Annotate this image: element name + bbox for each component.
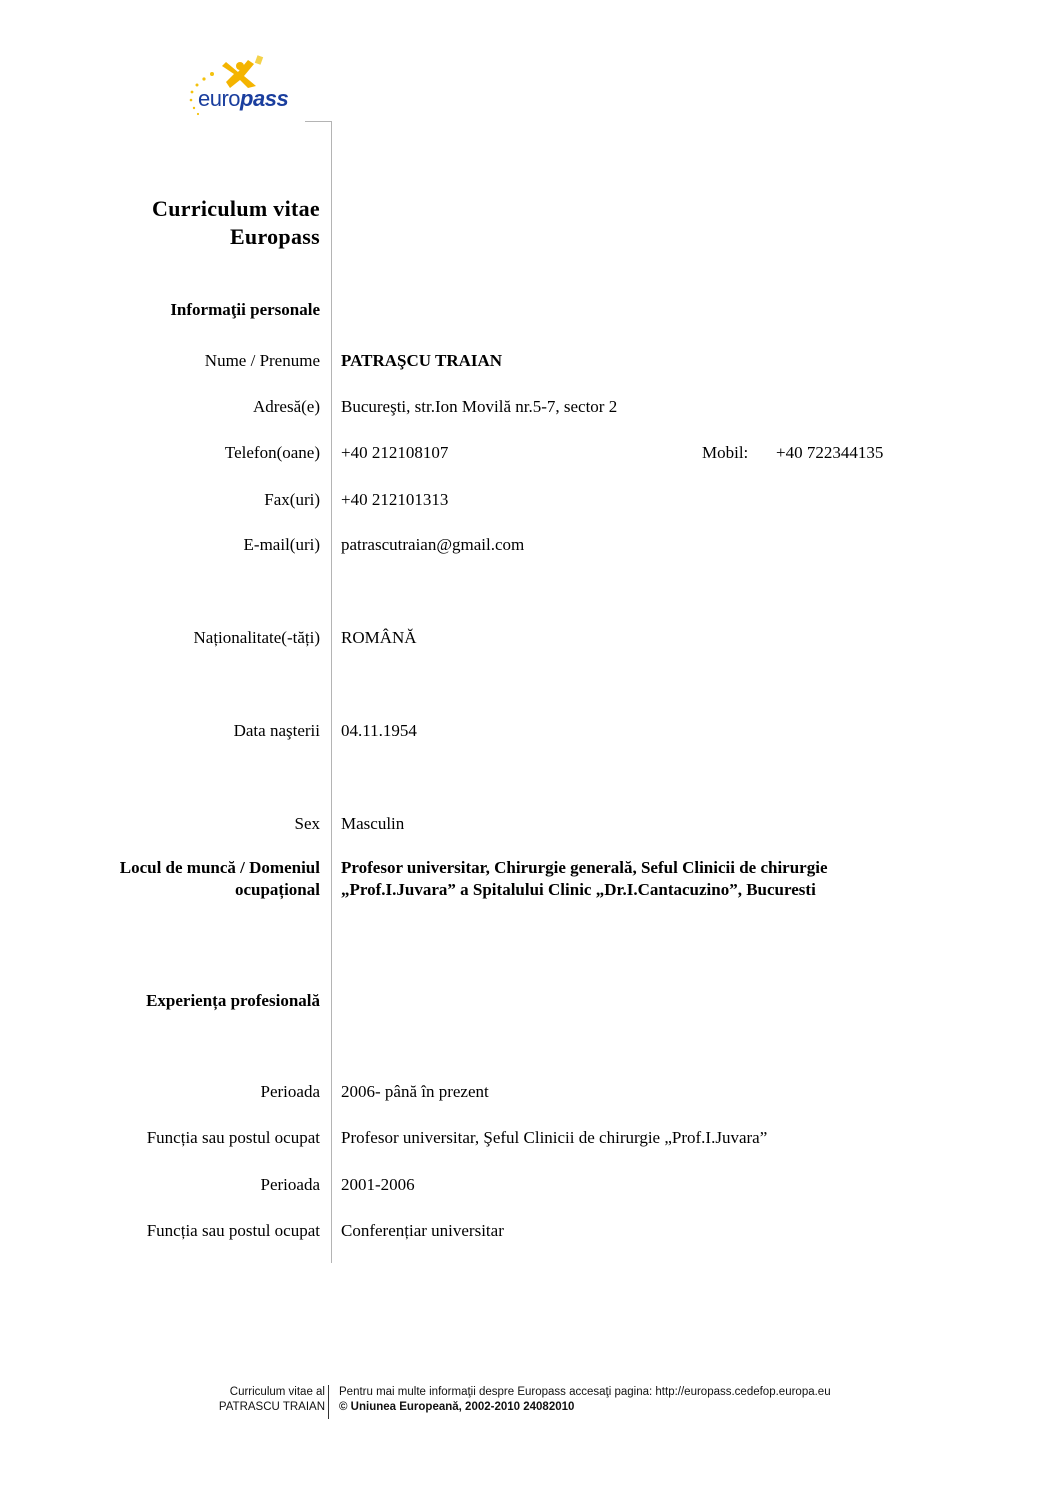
footer-cv-of: Curriculum vitae al	[219, 1385, 325, 1400]
sex-value: Masculin	[341, 813, 404, 835]
page-title: Curriculum vitae Europass	[152, 195, 320, 251]
mobile-label: Mobil:	[702, 442, 748, 464]
title-line-1: Curriculum vitae	[152, 195, 320, 223]
column-divider	[331, 121, 332, 1263]
experience-period-label: Perioada	[261, 1081, 320, 1103]
occupation-label: Locul de muncă / Domeniul ocupațional	[120, 857, 320, 901]
footer-copyright: © Uniunea Europeană, 2002-2010 24082010	[339, 1400, 831, 1415]
nationality-value: ROMÂNĂ	[341, 627, 417, 649]
europass-logo: europass	[182, 52, 307, 122]
occupation-label-line-1: Locul de muncă / Domeniul	[120, 857, 320, 879]
footer-info-link[interactable]: Pentru mai multe informaţii despre Europ…	[339, 1385, 831, 1400]
logo-wordmark: europass	[198, 86, 288, 112]
birthdate-value: 04.11.1954	[341, 720, 417, 742]
footer-divider	[328, 1385, 329, 1419]
email-label: E-mail(uri)	[244, 534, 320, 556]
address-value: Bucureşti, str.Ion Movilă nr.5-7, sector…	[341, 396, 617, 418]
mobile-value: +40 722344135	[776, 442, 883, 464]
experience-period-value: 2006- până în prezent	[341, 1081, 489, 1103]
experience-role-value: Conferențiar universitar	[341, 1220, 504, 1242]
phone-value: +40 212108107	[341, 442, 448, 464]
phone-label: Telefon(oane)	[225, 442, 320, 464]
section-experience: Experiența profesională	[146, 991, 320, 1011]
experience-period-value: 2001-2006	[341, 1174, 415, 1196]
footer-owner-name: PATRASCU TRAIAN	[219, 1400, 325, 1415]
email-value[interactable]: patrascutraian@gmail.com	[341, 534, 524, 556]
occupation-label-line-2: ocupațional	[120, 879, 320, 901]
experience-period-label: Perioada	[261, 1174, 320, 1196]
footer-right: Pentru mai multe informaţii despre Europ…	[339, 1385, 831, 1415]
fax-label: Fax(uri)	[264, 489, 320, 511]
logo-euro-text: euro	[198, 86, 240, 111]
experience-role-value: Profesor universitar, Şeful Clinicii de …	[341, 1127, 767, 1149]
sex-label: Sex	[295, 813, 321, 835]
nationality-label: Naționalitate(-tăți)	[194, 627, 321, 649]
divider-tick	[305, 121, 332, 122]
section-personal-info: Informaţii personale	[170, 300, 320, 320]
title-line-2: Europass	[152, 223, 320, 251]
experience-role-label: Funcția sau postul ocupat	[147, 1220, 320, 1242]
occupation-value-line-2: „Prof.I.Juvara” a Spitalului Clinic „Dr.…	[341, 879, 828, 901]
logo-pass-text: pass	[240, 86, 288, 111]
occupation-value-line-1: Profesor universitar, Chirurgie generală…	[341, 857, 828, 879]
experience-role-label: Funcția sau postul ocupat	[147, 1127, 320, 1149]
fax-value: +40 212101313	[341, 489, 448, 511]
occupation-value: Profesor universitar, Chirurgie generală…	[341, 857, 828, 901]
name-label: Nume / Prenume	[205, 350, 320, 372]
name-value: PATRAŞCU TRAIAN	[341, 350, 502, 372]
birthdate-label: Data naşterii	[234, 720, 320, 742]
address-label: Adresă(e)	[253, 396, 320, 418]
footer-left: Curriculum vitae al PATRASCU TRAIAN	[219, 1385, 325, 1415]
